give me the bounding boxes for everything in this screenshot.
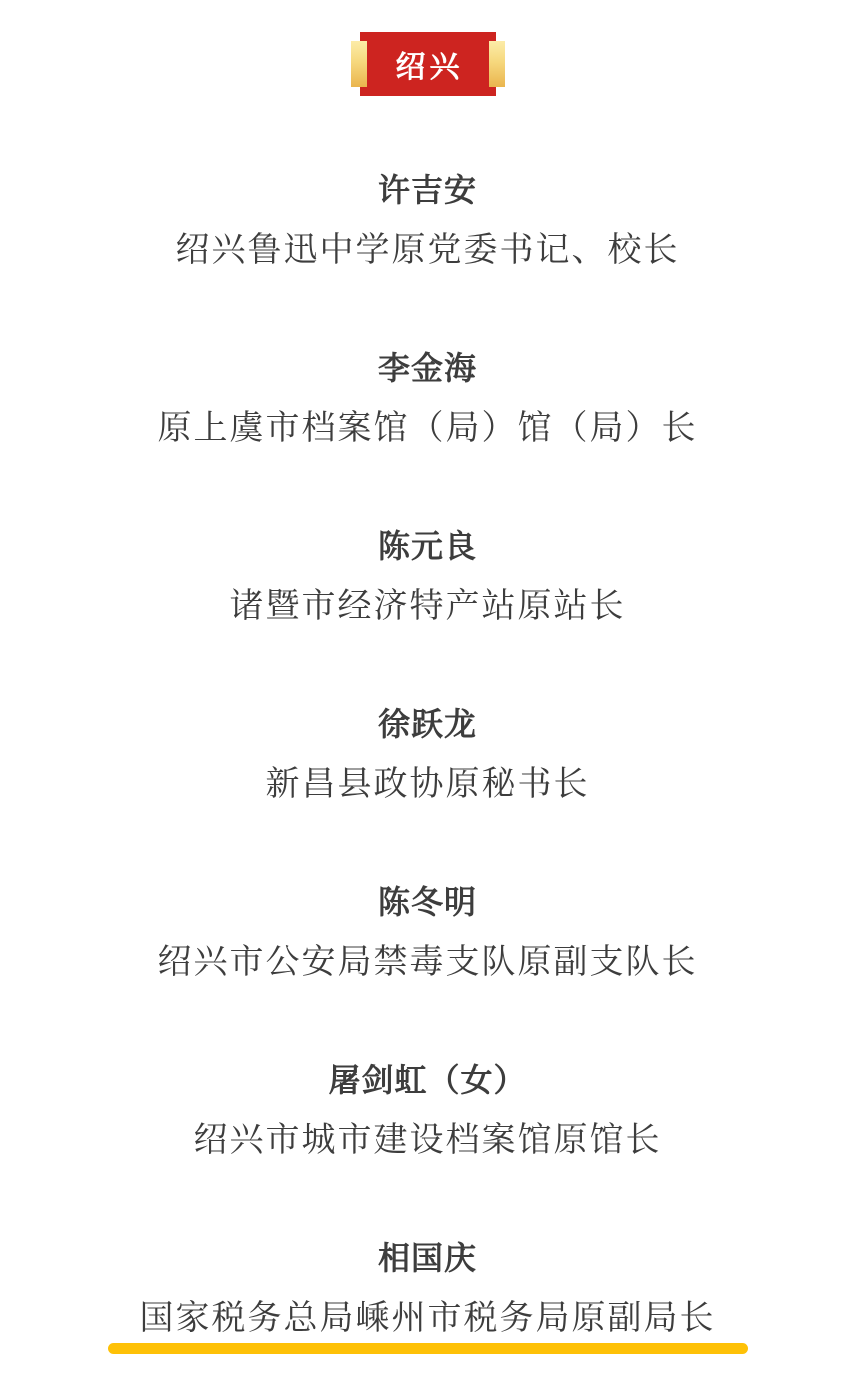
city-banner-label: 绍兴: [360, 32, 496, 96]
official-entry: 许吉安 绍兴鲁迅中学原党委书记、校长: [0, 174, 855, 267]
official-title: 绍兴市公安局禁毒支队原副支队长: [0, 945, 855, 979]
official-name: 陈元良: [0, 530, 855, 562]
official-name: 许吉安: [0, 174, 855, 206]
official-name: 陈冬明: [0, 886, 855, 918]
official-entry: 徐跃龙 新昌县政协原秘书长: [0, 708, 855, 801]
gold-divider: [108, 1343, 748, 1354]
official-name: 相国庆: [0, 1242, 855, 1274]
official-title: 绍兴鲁迅中学原党委书记、校长: [0, 233, 855, 267]
official-entry: 李金海 原上虞市档案馆（局）馆（局）长: [0, 352, 855, 445]
official-name: 李金海: [0, 352, 855, 384]
official-entry: 陈冬明 绍兴市公安局禁毒支队原副支队长: [0, 886, 855, 979]
article-page: 绍兴 许吉安 绍兴鲁迅中学原党委书记、校长 李金海 原上虞市档案馆（局）馆（局）…: [0, 0, 855, 1385]
official-entry: 相国庆 国家税务总局嵊州市税务局原副局长: [0, 1242, 855, 1335]
official-entry: 屠剑虹（女） 绍兴市城市建设档案馆原馆长: [0, 1064, 855, 1157]
official-title: 原上虞市档案馆（局）馆（局）长: [0, 411, 855, 445]
city-banner: 绍兴: [360, 32, 496, 96]
official-name: 屠剑虹（女）: [0, 1064, 855, 1096]
officials-list: 许吉安 绍兴鲁迅中学原党委书记、校长 李金海 原上虞市档案馆（局）馆（局）长 陈…: [0, 174, 855, 1335]
official-name: 徐跃龙: [0, 708, 855, 740]
official-title: 诸暨市经济特产站原站长: [0, 589, 855, 623]
official-title: 国家税务总局嵊州市税务局原副局长: [0, 1301, 855, 1335]
official-entry: 陈元良 诸暨市经济特产站原站长: [0, 530, 855, 623]
official-title: 新昌县政协原秘书长: [0, 767, 855, 801]
official-title: 绍兴市城市建设档案馆原馆长: [0, 1123, 855, 1157]
